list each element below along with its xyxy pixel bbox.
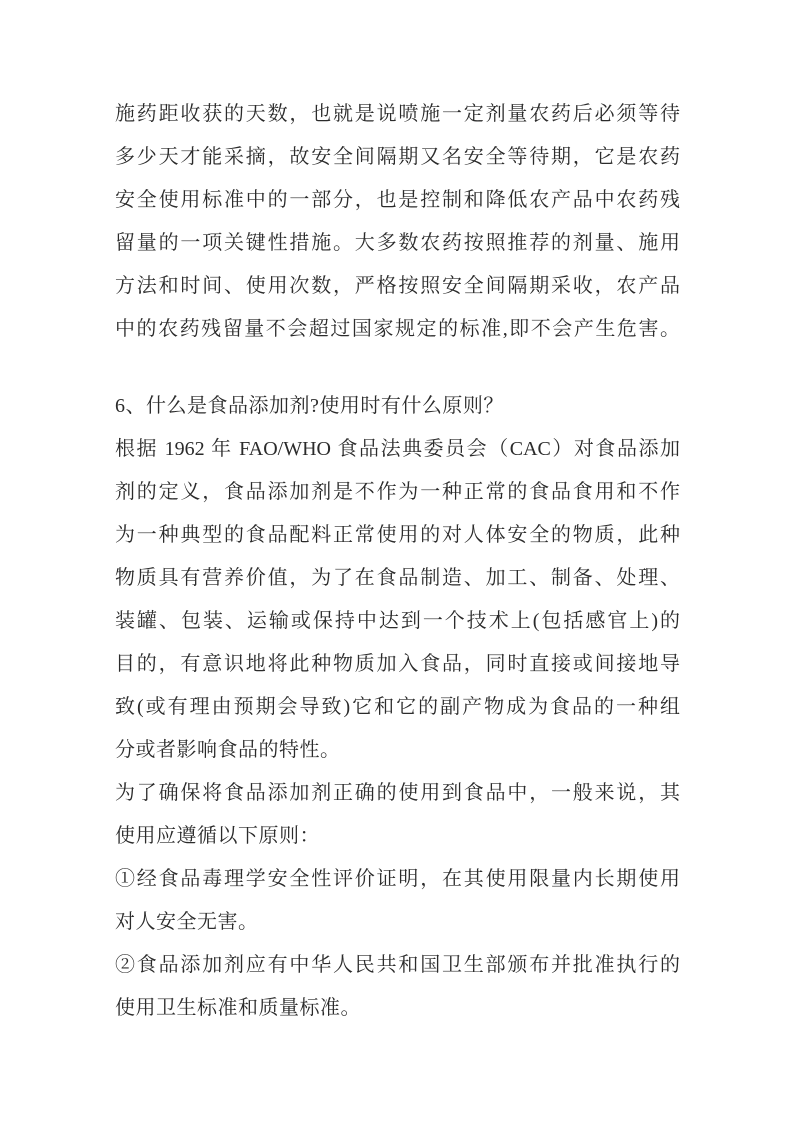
principle-1-toxicology-safety: ①经食品毒理学安全性评价证明，在其使用限量内长期使用对人安全无害。 (115, 858, 680, 944)
text-line: 安全使用标准中的一部分，也是控制和降低农产品中农药残 (115, 179, 680, 222)
question-6-heading: 6、什么是食品添加剂?使用时有什么原则？ (115, 385, 680, 428)
text-line: 分或者影响食品的特性。 (115, 729, 680, 772)
text-line: 使用应遵循以下原则： (115, 815, 680, 858)
paragraph-pesticide-safety-interval: 施药距收获的天数，也就是说喷施一定剂量农药后必须等待多少天才能采摘，故安全间隔期… (115, 93, 680, 351)
text-line: ①经食品毒理学安全性评价证明，在其使用限量内长期使用 (115, 858, 680, 901)
text-line: 为了确保将食品添加剂正确的使用到食品中，一般来说，其 (115, 772, 680, 815)
text-line: 对人安全无害。 (115, 901, 680, 944)
text-line: 剂的定义，食品添加剂是不作为一种正常的食品食用和不作 (115, 471, 680, 514)
text-line: 致(或有理由预期会导致)它和它的副产物成为食品的一种组 (115, 686, 680, 729)
text-line: 为一种典型的食品配料正常使用的对人体安全的物质，此种 (115, 514, 680, 557)
text-line: 中的农药残留量不会超过国家规定的标准,即不会产生危害。 (115, 308, 680, 351)
paragraph-usage-principles-intro: 为了确保将食品添加剂正确的使用到食品中，一般来说，其使用应遵循以下原则： (115, 772, 680, 858)
paragraph-food-additive-definition: 根据 1962 年 FAO/WHO 食品法典委员会（CAC）对食品添加剂的定义，… (115, 428, 680, 772)
text-line: ②食品添加剂应有中华人民共和国卫生部颁布并批准执行的 (115, 944, 680, 987)
document-page: 施药距收获的天数，也就是说喷施一定剂量农药后必须等待多少天才能采摘，故安全间隔期… (115, 93, 680, 1030)
text-line: 方法和时间、使用次数，严格按照安全间隔期采收，农产品 (115, 265, 680, 308)
text-line: 施药距收获的天数，也就是说喷施一定剂量农药后必须等待 (115, 93, 680, 136)
heading-line: 6、什么是食品添加剂?使用时有什么原则？ (115, 385, 680, 428)
text-line: 使用卫生标准和质量标准。 (115, 987, 680, 1030)
text-line: 多少天才能采摘，故安全间隔期又名安全等待期，它是农药 (115, 136, 680, 179)
text-line: 装罐、包装、运输或保持中达到一个技术上(包括感官上)的 (115, 600, 680, 643)
text-line: 留量的一项关键性措施。大多数农药按照推荐的剂量、施用 (115, 222, 680, 265)
text-line: 根据 1962 年 FAO/WHO 食品法典委员会（CAC）对食品添加 (115, 428, 680, 471)
text-line: 物质具有营养价值，为了在食品制造、加工、制备、处理、 (115, 557, 680, 600)
principle-2-health-standards: ②食品添加剂应有中华人民共和国卫生部颁布并批准执行的使用卫生标准和质量标准。 (115, 944, 680, 1030)
text-line: 目的，有意识地将此种物质加入食品，同时直接或间接地导 (115, 643, 680, 686)
